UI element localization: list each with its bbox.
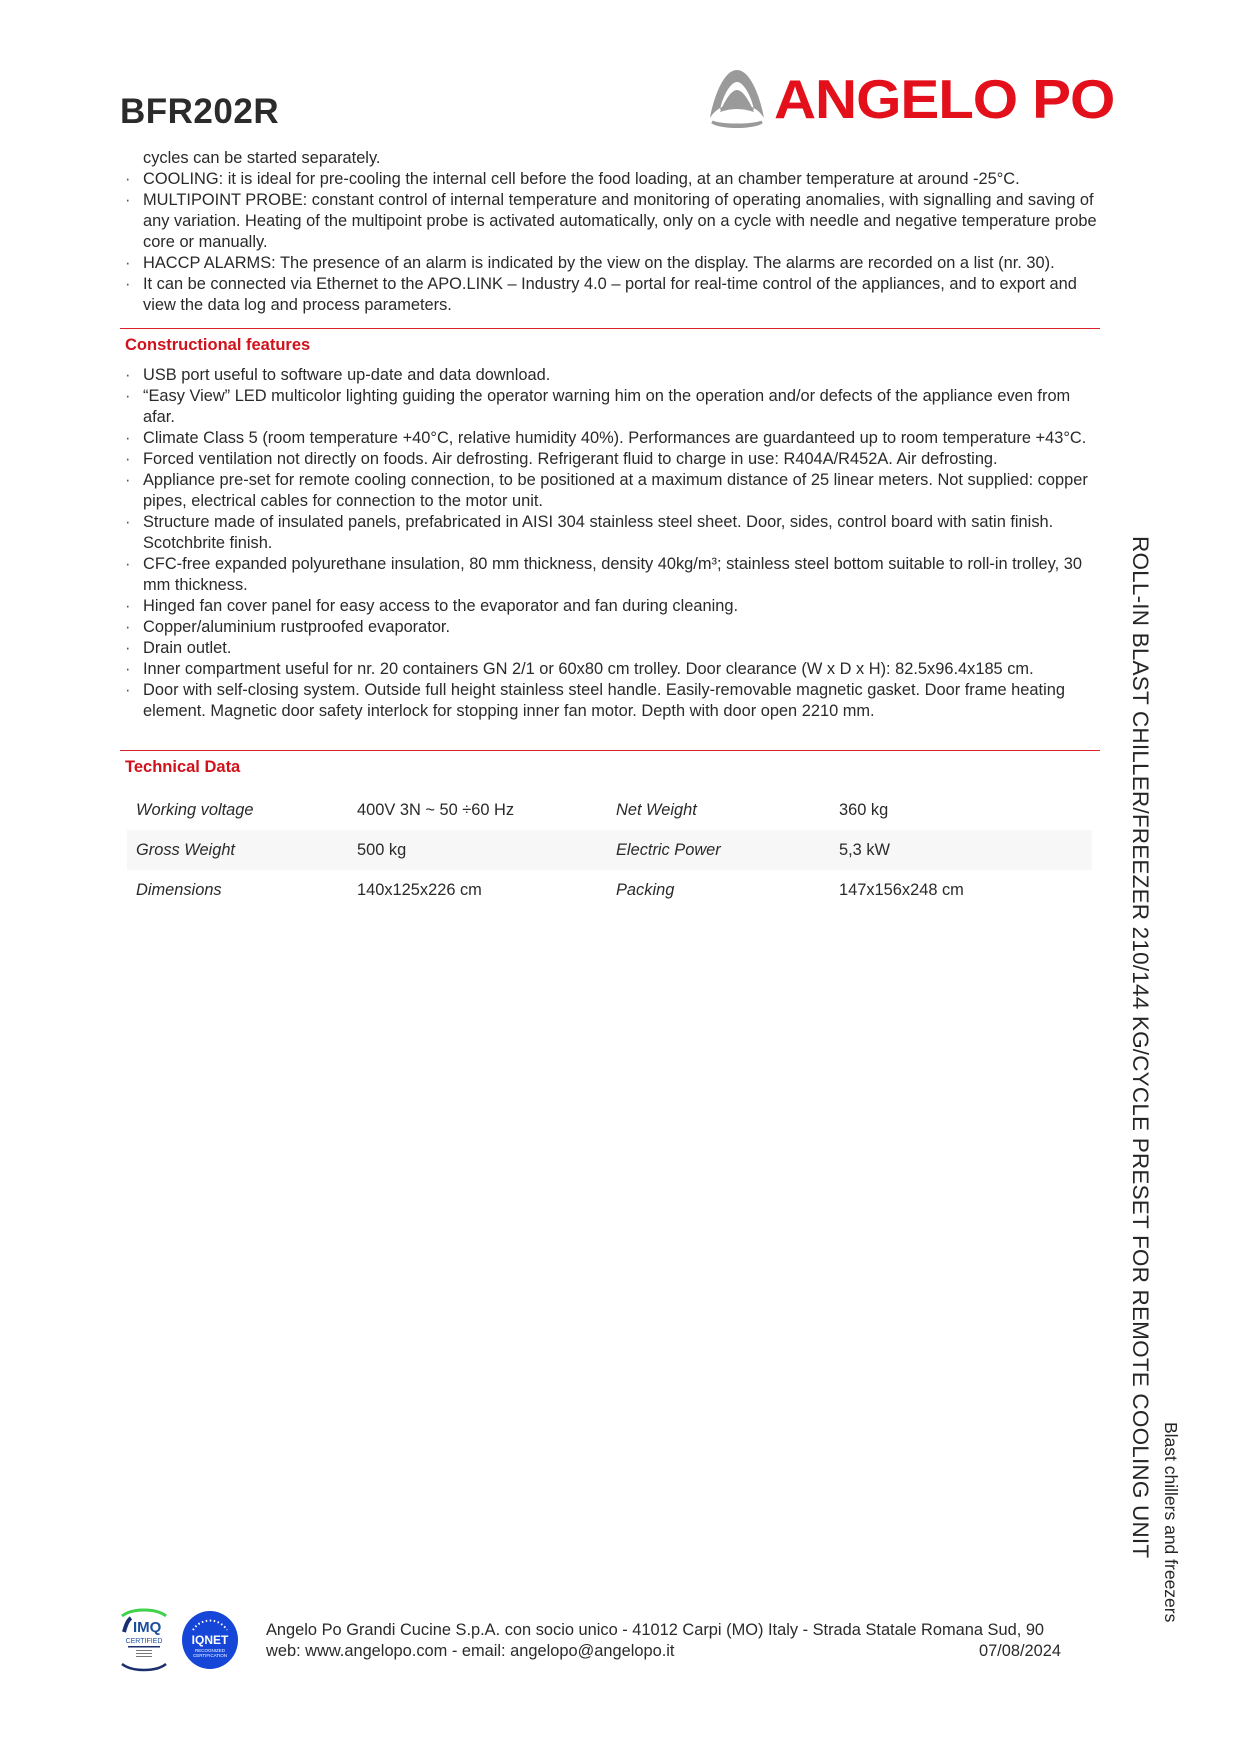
company-info: Angelo Po Grandi Cucine S.p.A. con socio… xyxy=(266,1620,1061,1662)
bullet-marker: · xyxy=(125,680,130,701)
intro-list: cycles can be started separately.·COOLIN… xyxy=(120,148,1102,316)
bullet-marker: · xyxy=(125,386,130,407)
list-item: ·Inner compartment useful for nr. 20 con… xyxy=(120,659,1102,680)
list-item-text: HACCP ALARMS: The presence of an alarm i… xyxy=(143,254,1055,272)
list-item-text: CFC-free expanded polyurethane insulatio… xyxy=(143,555,1082,594)
table-row: Working voltage400V 3N ~ 50 ÷60 HzNet We… xyxy=(127,790,1092,830)
list-item-text: Inner compartment useful for nr. 20 cont… xyxy=(143,660,1034,678)
spec-value: 140x125x226 cm xyxy=(348,870,607,910)
product-title-vertical: ROLL-IN BLAST CHILLER/FREEZER 210/144 KG… xyxy=(1127,536,1153,1558)
list-item: ·COOLING: it is ideal for pre-cooling th… xyxy=(120,169,1102,190)
section-divider xyxy=(120,328,1100,329)
table-row: Gross Weight500 kgElectric Power5,3 kW xyxy=(127,830,1092,870)
list-item: ·Door with self-closing system. Outside … xyxy=(120,680,1102,722)
list-item-text: Door with self-closing system. Outside f… xyxy=(143,681,1065,720)
list-item-text: Appliance pre-set for remote cooling con… xyxy=(143,471,1088,510)
section-title: Constructional features xyxy=(125,336,1102,355)
bullet-marker: · xyxy=(125,190,130,211)
list-item: ·CFC-free expanded polyurethane insulati… xyxy=(120,554,1102,596)
list-item: ·Structure made of insulated panels, pre… xyxy=(120,512,1102,554)
bullet-marker: · xyxy=(125,428,130,449)
document-body: cycles can be started separately.·COOLIN… xyxy=(120,148,1102,910)
company-address: Angelo Po Grandi Cucine S.p.A. con socio… xyxy=(266,1620,1061,1641)
list-item: ·HACCP ALARMS: The presence of an alarm … xyxy=(120,253,1102,274)
list-item-text: It can be connected via Ethernet to the … xyxy=(143,275,1077,314)
brand-logo: ANGELO PO xyxy=(706,66,1095,132)
bullet-marker: · xyxy=(125,470,130,491)
bullet-marker: · xyxy=(125,554,130,575)
list-item: ·Appliance pre-set for remote cooling co… xyxy=(120,470,1102,512)
spec-label: Working voltage xyxy=(127,790,348,830)
constructional-list: ·USB port useful to software up-date and… xyxy=(120,365,1102,722)
list-item: ·“Easy View” LED multicolor lighting gui… xyxy=(120,386,1102,428)
spec-value: 360 kg xyxy=(830,790,1092,830)
bullet-marker: · xyxy=(125,365,130,386)
list-item: ·Drain outlet. xyxy=(120,638,1102,659)
spec-label: Packing xyxy=(607,870,830,910)
bullet-marker: · xyxy=(125,596,130,617)
list-item-text: Copper/aluminium rustproofed evaporator. xyxy=(143,618,450,636)
bullet-marker: · xyxy=(125,449,130,470)
list-item-text: “Easy View” LED multicolor lighting guid… xyxy=(143,387,1070,426)
company-contact: web: www.angelopo.com - email: angelopo@… xyxy=(266,1641,674,1662)
list-item-text: Hinged fan cover panel for easy access t… xyxy=(143,597,738,615)
list-item-text: Climate Class 5 (room temperature +40°C,… xyxy=(143,429,1086,447)
bullet-marker: · xyxy=(125,638,130,659)
list-item-text: Forced ventilation not directly on foods… xyxy=(143,450,998,468)
list-item-text: MULTIPOINT PROBE: constant control of in… xyxy=(143,191,1097,251)
constructional-section: Constructional features ·USB port useful… xyxy=(120,328,1102,722)
list-item: ·MULTIPOINT PROBE: constant control of i… xyxy=(120,190,1102,253)
bullet-marker: · xyxy=(125,512,130,533)
section-title: Technical Data xyxy=(125,758,1102,777)
bullet-marker: · xyxy=(125,617,130,638)
svg-text:CERTIFIED: CERTIFIED xyxy=(126,1638,163,1645)
bullet-marker: · xyxy=(125,169,130,190)
list-item-text: Drain outlet. xyxy=(143,639,231,657)
technical-section: Technical Data Working voltage400V 3N ~ … xyxy=(120,750,1102,910)
list-item-text: cycles can be started separately. xyxy=(143,149,380,167)
spec-value: 5,3 kW xyxy=(830,830,1092,870)
list-item: ·Forced ventilation not directly on food… xyxy=(120,449,1102,470)
list-item: ·Copper/aluminium rustproofed evaporator… xyxy=(120,617,1102,638)
svg-text:IQNET: IQNET xyxy=(192,1633,229,1647)
bullet-marker: · xyxy=(125,274,130,295)
list-item: ·Climate Class 5 (room temperature +40°C… xyxy=(120,428,1102,449)
model-title: BFR202R xyxy=(120,92,279,132)
bullet-marker: · xyxy=(125,253,130,274)
table-row: Dimensions140x125x226 cmPacking147x156x2… xyxy=(127,870,1092,910)
spec-value: 500 kg xyxy=(348,830,607,870)
brand-name: ANGELO PO xyxy=(774,72,1114,127)
list-item-text: COOLING: it is ideal for pre-cooling the… xyxy=(143,170,1020,188)
list-item: cycles can be started separately. xyxy=(120,148,1102,169)
product-category-vertical: Blast chillers and freezers xyxy=(1160,1422,1181,1622)
spec-label: Dimensions xyxy=(127,870,348,910)
svg-text:CERTIFICATION: CERTIFICATION xyxy=(193,1653,227,1658)
spec-label: Gross Weight xyxy=(127,830,348,870)
list-item-text: USB port useful to software up-date and … xyxy=(143,366,550,384)
list-item: ·Hinged fan cover panel for easy access … xyxy=(120,596,1102,617)
section-divider xyxy=(120,750,1100,751)
spec-value: 147x156x248 cm xyxy=(830,870,1092,910)
bullet-marker: · xyxy=(125,659,130,680)
angelo-po-emblem-icon xyxy=(706,68,768,130)
svg-text:IMQ: IMQ xyxy=(133,1619,162,1636)
imq-certified-logo-icon: IMQ CERTIFIED xyxy=(118,1608,170,1672)
document-date: 07/08/2024 xyxy=(979,1641,1061,1662)
list-item: ·USB port useful to software up-date and… xyxy=(120,365,1102,386)
spec-label: Net Weight xyxy=(607,790,830,830)
spec-value: 400V 3N ~ 50 ÷60 Hz xyxy=(348,790,607,830)
iqnet-certification-logo-icon: IQNET RECOGNIZED CERTIFICATION xyxy=(181,1610,239,1670)
footer: IMQ CERTIFIED IQNET RECOGNIZED CERTIFICA… xyxy=(118,1608,1068,1680)
list-item: ·It can be connected via Ethernet to the… xyxy=(120,274,1102,316)
list-item-text: Structure made of insulated panels, pref… xyxy=(143,513,1053,552)
technical-data-table: Working voltage400V 3N ~ 50 ÷60 HzNet We… xyxy=(127,790,1092,910)
spec-label: Electric Power xyxy=(607,830,830,870)
